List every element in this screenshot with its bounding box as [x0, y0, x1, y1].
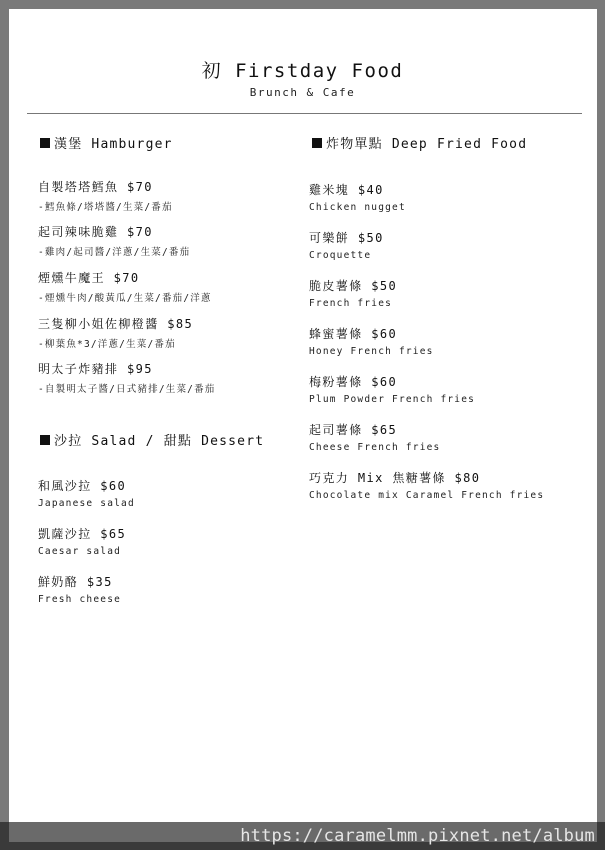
- section-heading-salad-dessert: 沙拉 Salad / 甜點 Dessert: [40, 430, 264, 449]
- item-name: 凱薩沙拉 $65: [38, 525, 126, 542]
- item-desc: Fresh cheese: [38, 594, 121, 605]
- item-name: 起司薯條 $65: [309, 421, 440, 438]
- item-desc: Honey French fries: [309, 346, 434, 357]
- divider: [27, 113, 582, 114]
- menu-item: 梅粉薯條 $60 Plum Powder French fries: [309, 373, 475, 405]
- item-name: 可樂餅 $50: [309, 229, 384, 246]
- menu-item: 鮮奶酪 $35 Fresh cheese: [38, 573, 121, 605]
- menu-item: 脆皮薯條 $50 French fries: [309, 277, 397, 309]
- menu-item: 雞米塊 $40 Chicken nugget: [309, 181, 406, 213]
- item-desc: -鱈魚條/塔塔醬/生菜/番茄: [38, 199, 173, 213]
- item-name: 巧克力 Mix 焦糖薯條 $80: [309, 469, 544, 486]
- item-name: 蜂蜜薯條 $60: [309, 325, 434, 342]
- square-bullet-icon: [312, 138, 322, 148]
- item-desc: Cheese French fries: [309, 442, 440, 453]
- item-name: 自製塔塔鱈魚 $70: [38, 178, 173, 195]
- section-title: 炸物單點 Deep Fried Food: [326, 133, 527, 152]
- item-desc: French fries: [309, 298, 397, 309]
- item-name: 明太子炸豬排 $95: [38, 360, 215, 377]
- square-bullet-icon: [40, 435, 50, 445]
- item-name: 煙燻牛魔王 $70: [38, 269, 212, 286]
- square-bullet-icon: [40, 138, 50, 148]
- item-desc: -雞肉/起司醬/洋蔥/生菜/番茄: [38, 244, 190, 258]
- menu-item: 凱薩沙拉 $65 Caesar salad: [38, 525, 126, 557]
- item-desc: Plum Powder French fries: [309, 394, 475, 405]
- item-name: 起司辣味脆雞 $70: [38, 223, 190, 240]
- menu-item: 巧克力 Mix 焦糖薯條 $80 Chocolate mix Caramel F…: [309, 469, 544, 501]
- section-heading-deep-fried: 炸物單點 Deep Fried Food: [312, 133, 527, 152]
- section-heading-hamburger: 漢堡 Hamburger: [40, 133, 173, 152]
- item-desc: Croquette: [309, 250, 384, 261]
- menu-item: 煙燻牛魔王 $70 -煙燻牛肉/酸黃瓜/生菜/番茄/洋蔥: [38, 269, 212, 304]
- item-name: 鮮奶酪 $35: [38, 573, 121, 590]
- item-desc: -煙燻牛肉/酸黃瓜/生菜/番茄/洋蔥: [38, 290, 212, 304]
- menu-item: 蜂蜜薯條 $60 Honey French fries: [309, 325, 434, 357]
- menu-item: 和風沙拉 $60 Japanese salad: [38, 477, 135, 509]
- menu-item: 可樂餅 $50 Croquette: [309, 229, 384, 261]
- item-name: 梅粉薯條 $60: [309, 373, 475, 390]
- item-desc: -柳葉魚*3/洋蔥/生菜/番茄: [38, 336, 193, 350]
- menu-subtitle: Brunch & Cafe: [0, 86, 605, 99]
- item-desc: Caesar salad: [38, 546, 126, 557]
- menu-item: 明太子炸豬排 $95 -自製明太子醬/日式豬排/生菜/番茄: [38, 360, 215, 395]
- item-name: 雞米塊 $40: [309, 181, 406, 198]
- item-desc: Japanese salad: [38, 498, 135, 509]
- menu-item: 自製塔塔鱈魚 $70 -鱈魚條/塔塔醬/生菜/番茄: [38, 178, 173, 213]
- section-title: 漢堡 Hamburger: [54, 133, 173, 152]
- item-desc: Chicken nugget: [309, 202, 406, 213]
- menu-item: 起司辣味脆雞 $70 -雞肉/起司醬/洋蔥/生菜/番茄: [38, 223, 190, 258]
- item-name: 和風沙拉 $60: [38, 477, 135, 494]
- item-name: 三隻柳小姐佐柳橙醬 $85: [38, 315, 193, 332]
- menu-title: 初 Firstday Food: [0, 56, 605, 83]
- watermark-url: https://caramelmm.pixnet.net/album: [240, 826, 595, 846]
- item-desc: Chocolate mix Caramel French fries: [309, 490, 544, 501]
- item-name: 脆皮薯條 $50: [309, 277, 397, 294]
- menu-item: 三隻柳小姐佐柳橙醬 $85 -柳葉魚*3/洋蔥/生菜/番茄: [38, 315, 193, 350]
- menu-item: 起司薯條 $65 Cheese French fries: [309, 421, 440, 453]
- item-desc: -自製明太子醬/日式豬排/生菜/番茄: [38, 381, 215, 395]
- menu-page: [9, 9, 597, 822]
- section-title: 沙拉 Salad / 甜點 Dessert: [54, 430, 264, 449]
